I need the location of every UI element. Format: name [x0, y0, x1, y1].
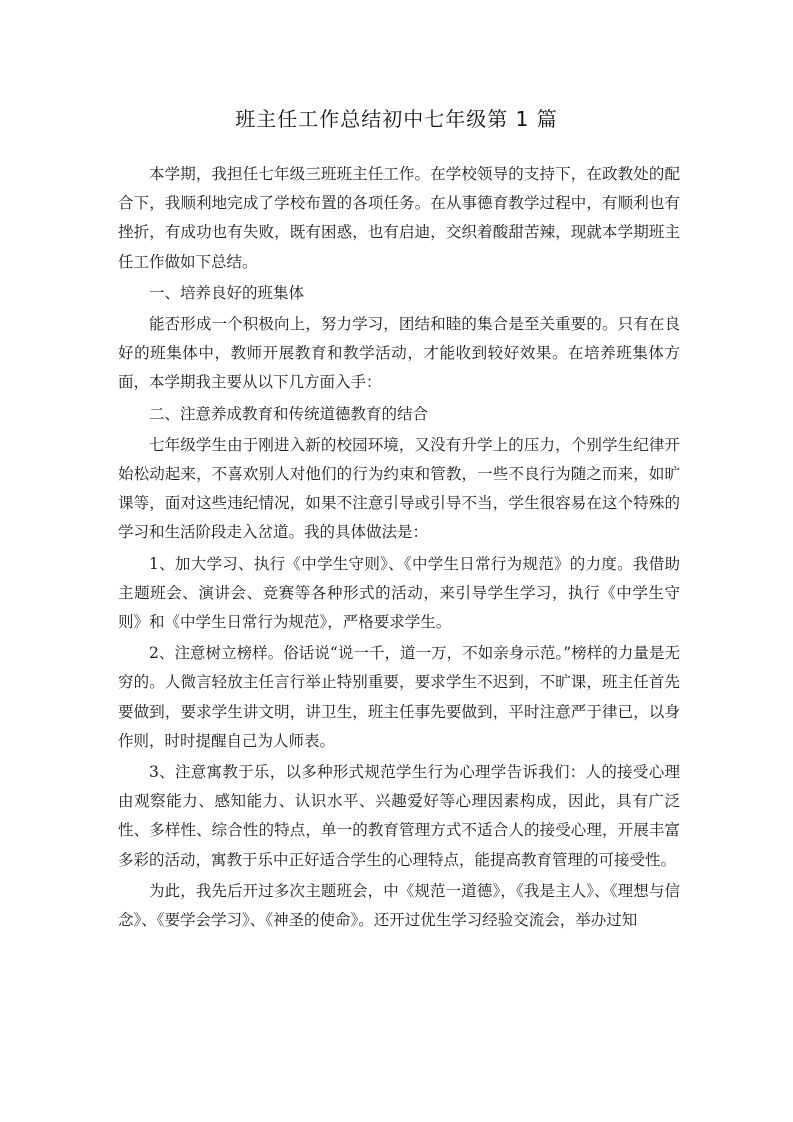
- document-body: 本学期，我担任七年级三班班主任工作。在学校领导的支持下，在政教处的配合下，我顺利…: [118, 160, 680, 937]
- paragraph-section-2: 七年级学生由于刚进入新的校园环境，又没有升学上的压力，个别学生纪律开始松动起来，…: [118, 431, 680, 548]
- paragraph-item-3: 3、注意寓教于乐，以多种形式规范学生行为心理学告诉我们：人的接受心理由观察能力、…: [118, 758, 680, 875]
- paragraph-item-1: 1、加大学习、执行《中学生守则》、《中学生日常行为规范》的力度。我借助主题班会、…: [118, 550, 680, 638]
- document-title: 班主任工作总结初中七年级第 1 篇: [0, 103, 793, 132]
- paragraph-section-1: 能否形成一个积极向上，努力学习，团结和睦的集合是至关重要的。只有在良好的班集体中…: [118, 310, 680, 398]
- paragraph-intro: 本学期，我担任七年级三班班主任工作。在学校领导的支持下，在政教处的配合下，我顺利…: [118, 160, 680, 277]
- document-page: 班主任工作总结初中七年级第 1 篇 本学期，我担任七年级三班班主任工作。在学校领…: [0, 0, 793, 1122]
- paragraph-item-2: 2、注意树立榜样。俗话说“说一千，道一万，不如亲身示范。”榜样的力量是无穷的。人…: [118, 639, 680, 756]
- heading-section-1: 一、培养良好的班集体: [118, 279, 680, 308]
- paragraph-activities: 为此，我先后开过多次主题班会，中《规范一道德》，《我是主人》、《理想与信念》、《…: [118, 877, 680, 935]
- heading-section-2: 二、注意养成教育和传统道德教育的结合: [118, 400, 680, 429]
